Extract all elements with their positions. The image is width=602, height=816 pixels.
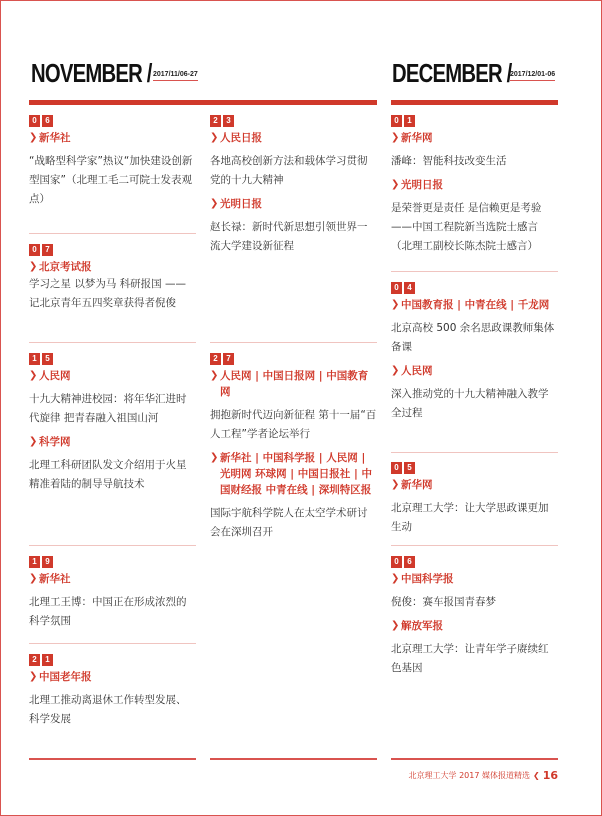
divider <box>210 342 377 343</box>
source-link[interactable]: ❯新华社 <box>29 571 196 587</box>
divider <box>29 545 196 546</box>
bottom-rule-3 <box>391 758 558 760</box>
headline[interactable]: 十九大精神进校园：将年华汇进时代旋律 把青春融入祖国山河 <box>29 390 196 428</box>
november-bar <box>29 100 377 105</box>
source-link[interactable]: ❯人民网 <box>391 363 558 379</box>
divider <box>29 233 196 234</box>
chevron-right-icon: ❯ <box>391 477 399 493</box>
source-link[interactable]: ❯新华网 <box>391 130 558 146</box>
date-badge: 19 <box>29 556 196 568</box>
headline[interactable]: 北理工推动离退休工作转型发展、科学发展 <box>29 691 196 729</box>
chevron-right-icon: ❯ <box>391 297 399 313</box>
divider <box>391 452 558 453</box>
december-bar <box>391 100 558 105</box>
source-link[interactable]: ❯中国老年报 <box>29 669 196 685</box>
bottom-rule-1 <box>29 758 196 760</box>
chevron-right-icon: ❯ <box>29 434 37 450</box>
chevron-right-icon: ❯ <box>391 618 399 634</box>
entry-dec-06: 06 ❯中国科学报 倪俊：赛车报国青春梦 ❯解放军报 北京理工大学：让青年学子赓… <box>391 556 558 684</box>
entry-nov-06: 06 ❯新华社 “战略型科学家”热议“加快建设创新型国家”（北理工毛二可院士发表… <box>29 115 196 215</box>
headline[interactable]: 北京理工大学：让青年学子赓续红色基因 <box>391 640 558 678</box>
date-range-november: 2017/11/06-27 <box>153 71 198 81</box>
page-footer: 北京理工大学 2017 媒体报道精选 ❮ 16 <box>409 769 558 782</box>
date-badge: 01 <box>391 115 558 127</box>
headline[interactable]: 北理工科研团队发文介绍用于火星精准着陆的制导导航技术 <box>29 456 196 494</box>
entry-nov-15: 15 ❯人民网 十九大精神进校园：将年华汇进时代旋律 把青春融入祖国山河 ❯科学… <box>29 353 196 500</box>
entry-nov-23: 23 ❯人民日报 各地高校创新方法和载体学习贯彻党的十九大精神 ❯光明日报 赵长… <box>210 115 377 262</box>
chevron-right-icon: ❯ <box>391 177 399 193</box>
source-link[interactable]: ❯中国科学报 <box>391 571 558 587</box>
entry-nov-27: 27 ❯人民网 | 中国日报网 | 中国教育网 拥抱新时代迈向新征程 第十一届“… <box>210 353 377 548</box>
date-badge: 05 <box>391 462 558 474</box>
source-link[interactable]: ❯人民网 <box>29 368 196 384</box>
source-link[interactable]: ❯人民网 | 中国日报网 | 中国教育网 <box>210 368 377 400</box>
headline[interactable]: 北京高校 500 余名思政课教师集体备课 <box>391 319 558 357</box>
source-link[interactable]: ❯新华社 <box>29 130 196 146</box>
source-link[interactable]: ❯光明日报 <box>210 196 377 212</box>
divider <box>29 643 196 644</box>
chevron-right-icon: ❯ <box>29 259 37 275</box>
source-link[interactable]: ❯科学网 <box>29 434 196 450</box>
date-badge: 23 <box>210 115 377 127</box>
divider <box>391 545 558 546</box>
date-badge: 06 <box>29 115 196 127</box>
headline[interactable]: 北理工王博：中国正在形成浓烈的科学氛围 <box>29 593 196 631</box>
page-number: 16 <box>543 769 558 782</box>
chevron-right-icon: ❯ <box>210 450 218 466</box>
headline[interactable]: 学习之星 以梦为马 科研报国 —— 记北京青年五四奖章获得者倪俊 <box>29 275 196 313</box>
source-link[interactable]: ❯北京考试报 <box>29 259 196 275</box>
entry-nov-19: 19 ❯新华社 北理工王博：中国正在形成浓烈的科学氛围 <box>29 556 196 637</box>
headline[interactable]: 深入推动党的十九大精神融入教学全过程 <box>391 385 558 423</box>
entry-dec-04: 04 ❯中国教育报 | 中青在线 | 千龙网 北京高校 500 余名思政课教师集… <box>391 282 558 429</box>
source-link[interactable]: ❯解放军报 <box>391 618 558 634</box>
date-badge: 07 <box>29 244 196 256</box>
chevron-right-icon: ❯ <box>391 571 399 587</box>
headline[interactable]: 倪俊：赛车报国青春梦 <box>391 593 558 612</box>
date-badge: 06 <box>391 556 558 568</box>
entry-dec-01: 01 ❯新华网 潘峰：智能科技改变生活 ❯光明日报 是荣誉更是责任 是信赖更是考… <box>391 115 558 262</box>
chevron-right-icon: ❯ <box>391 363 399 379</box>
date-badge: 21 <box>29 654 196 666</box>
date-badge: 04 <box>391 282 558 294</box>
divider <box>391 271 558 272</box>
source-link[interactable]: ❯新华社 | 中国科学报 | 人民网 | 光明网 环球网 | 中国日报社 | 中… <box>210 450 377 498</box>
headline[interactable]: 潘峰：智能科技改变生活 <box>391 152 558 171</box>
footer-title: 北京理工大学 2017 媒体报道精选 <box>409 770 530 781</box>
headline[interactable]: 拥抱新时代迈向新征程 第十一届“百人工程”学者论坛举行 <box>210 406 377 444</box>
month-title-december: DECEMBER / <box>392 58 512 89</box>
chevron-right-icon: ❯ <box>29 669 37 685</box>
divider <box>29 342 196 343</box>
entry-nov-07: 07 ❯北京考试报 学习之星 以梦为马 科研报国 —— 记北京青年五四奖章获得者… <box>29 244 196 319</box>
chevron-right-icon: ❯ <box>210 368 218 384</box>
source-link[interactable]: ❯人民日报 <box>210 130 377 146</box>
headline[interactable]: 国际宇航科学院人在太空学术研讨会在深圳召开 <box>210 504 377 542</box>
date-badge: 27 <box>210 353 377 365</box>
chevron-right-icon: ❯ <box>210 196 218 212</box>
headline[interactable]: 赵长禄：新时代新思想引领世界一流大学建设新征程 <box>210 218 377 256</box>
chevron-right-icon: ❯ <box>210 130 218 146</box>
source-link[interactable]: ❯新华网 <box>391 477 558 493</box>
month-title-november: NOVEMBER / <box>31 58 152 89</box>
headline[interactable]: 北京理工大学：让大学思政课更加生动 <box>391 499 558 537</box>
chevron-right-icon: ❯ <box>29 130 37 146</box>
chevron-right-icon: ❯ <box>391 130 399 146</box>
date-badge: 15 <box>29 353 196 365</box>
entry-nov-21: 21 ❯中国老年报 北理工推动离退休工作转型发展、科学发展 <box>29 654 196 735</box>
chevron-right-icon: ❯ <box>29 368 37 384</box>
source-link[interactable]: ❯中国教育报 | 中青在线 | 千龙网 <box>391 297 558 313</box>
source-link[interactable]: ❯光明日报 <box>391 177 558 193</box>
chevron-right-icon: ❯ <box>29 571 37 587</box>
bottom-rule-2 <box>210 758 377 760</box>
headline[interactable]: “战略型科学家”热议“加快建设创新型国家”（北理工毛二可院士发表观点） <box>29 152 196 209</box>
date-range-december: 2017/12/01-06 <box>510 71 555 81</box>
chevron-left-icon: ❮ <box>533 771 540 780</box>
headline[interactable]: 是荣誉更是责任 是信赖更是考验——中国工程院新当选院士感言（北理工副校长陈杰院士… <box>391 199 558 256</box>
headline[interactable]: 各地高校创新方法和载体学习贯彻党的十九大精神 <box>210 152 377 190</box>
entry-dec-05: 05 ❯新华网 北京理工大学：让大学思政课更加生动 <box>391 462 558 543</box>
